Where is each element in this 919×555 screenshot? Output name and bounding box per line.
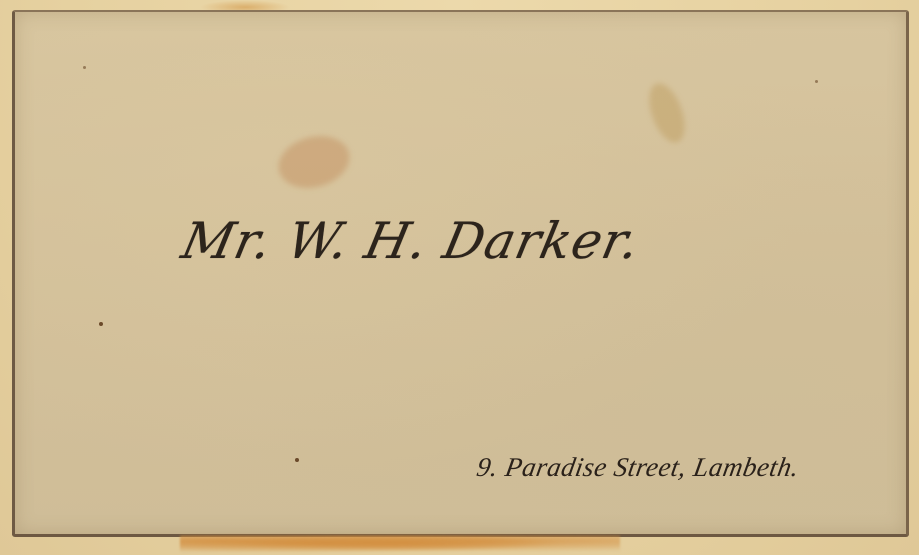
speck: [99, 322, 103, 326]
foxing-stain: [273, 129, 355, 196]
card-name: Mr. W. H. Darker.: [177, 212, 646, 270]
calling-card: Mr. W. H. Darker. 9. Paradise Street, La…: [12, 10, 909, 537]
bottom-edge-stain: [180, 535, 620, 555]
speck: [295, 458, 299, 462]
speck: [83, 66, 86, 69]
card-address: 9. Paradise Street, Lambeth.: [474, 452, 801, 483]
speck: [815, 80, 818, 83]
foxing-stain: [642, 79, 691, 148]
